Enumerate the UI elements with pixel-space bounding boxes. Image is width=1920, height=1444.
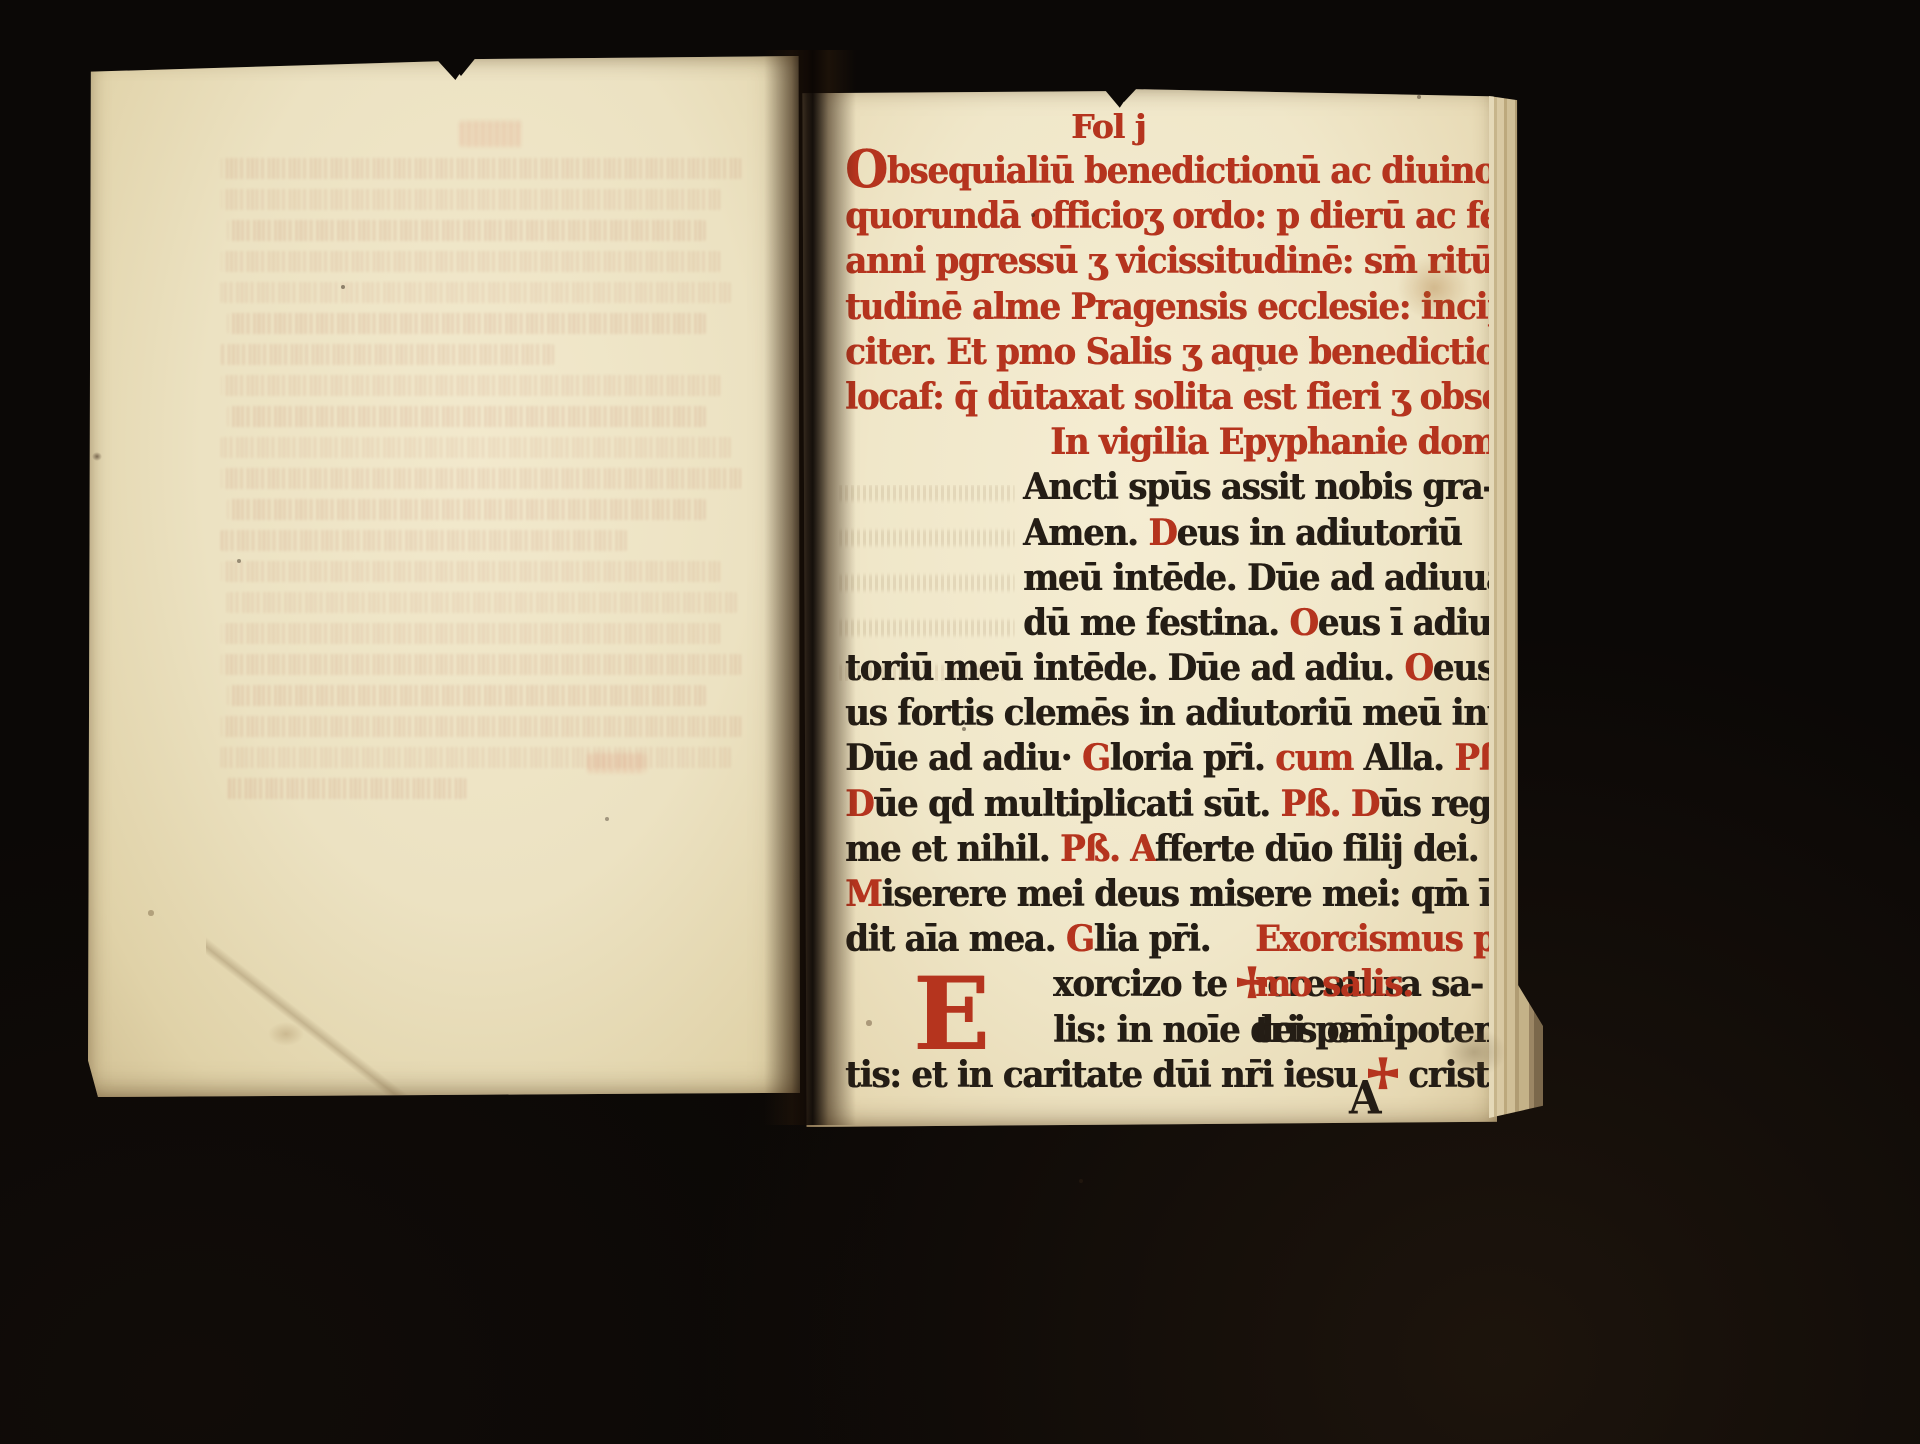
text-segment: xorcizo te — [1053, 963, 1237, 1006]
showthrough-line — [221, 375, 720, 396]
text-line: toriū meū intēde. Dūe ad adiu. Oeus pi- — [845, 647, 1493, 695]
text-segment: mo salis. — [1255, 963, 1413, 1006]
text-segment: fferte dūo filij dei. — [1155, 828, 1489, 871]
text-segment: loria pr̄i. — [1110, 737, 1275, 780]
text-line: dū me festina. Oeus ī adiu — [845, 602, 1493, 650]
text-line: locaf: q̄ dūtaxat solita est fieri ʒ obs… — [845, 376, 1493, 424]
text-segment: eus ī adiu — [1318, 602, 1492, 645]
showthrough-line — [227, 592, 737, 613]
showthrough-line — [227, 685, 705, 706]
text-line: Dūe qd multiplicati sūt. Pß. Dūs regit — [845, 783, 1493, 831]
text-line: us fortis clemēs in adiutoriū meū intend… — [845, 692, 1493, 740]
text-segment: citer. Et pmo Salis ʒ aque benedictio co… — [845, 331, 1497, 374]
text-line: Dūe ad adiu· Gloria pr̄i. cum Alla. Pß. — [845, 737, 1493, 785]
text-segment: A — [1130, 828, 1155, 871]
book-photo: Fol j Obsequialiū benedictionū ac diuino… — [0, 0, 1920, 1444]
text-segment: D — [1148, 512, 1176, 555]
text-segment: O — [1404, 647, 1432, 690]
stain — [92, 452, 102, 461]
tear-notch-left — [444, 55, 478, 76]
text-segment: eus in adiutoriū — [1176, 512, 1461, 555]
text-line: citer. Et pmo Salis ʒ aque benedictio co… — [845, 331, 1493, 379]
showthrough-red-mark — [588, 753, 646, 773]
text-segment: G — [1082, 737, 1110, 780]
stain — [1442, 1028, 1506, 1076]
showthrough-line — [221, 189, 720, 210]
text-line: Miserere mei deus misere mei: qm̄ ī te ɔ… — [845, 873, 1493, 921]
text-segment: cum — [1275, 737, 1363, 780]
showthrough-line — [227, 406, 705, 427]
stain — [268, 1022, 304, 1046]
text-line: Amen. Deus in adiutoriū — [845, 512, 1493, 560]
showthrough-line — [221, 623, 720, 644]
signature-mark: A — [1349, 1071, 1382, 1125]
text-segment: us fortis clemēs in adiutoriū meū intend… — [845, 692, 1497, 735]
ink-specks — [0, 0, 2, 2]
showthrough-line — [221, 716, 741, 737]
text-line: quorundā officioʒ ordo: p dierū ac festo… — [845, 195, 1493, 243]
showthrough-text — [221, 158, 741, 809]
text-segment: Dūe ad adiu· — [845, 737, 1082, 780]
text-segment: Amen. — [1023, 512, 1148, 555]
text-segment: lia pr̄i. — [1094, 918, 1211, 961]
text-segment: eus pi- — [1433, 647, 1497, 690]
showthrough-line — [221, 158, 741, 179]
text-line: Ancti spūs assit nobis gra- — [845, 466, 1493, 514]
page-edge-stack — [1489, 96, 1543, 1118]
text-line: anni pgressū ʒ vicissitudinē: sm̄ ritū ʒ… — [845, 240, 1493, 288]
text-segment: O — [1289, 602, 1317, 645]
showthrough-line — [221, 530, 627, 551]
text-segment: ūe qd multiplicati sūt. — [873, 783, 1280, 826]
showthrough-line — [221, 468, 741, 489]
stain — [1398, 256, 1470, 320]
showthrough-line — [227, 499, 705, 520]
showthrough-folio-mark — [460, 121, 522, 147]
text-segment: dū me festina. — [1023, 602, 1289, 645]
text-segment: Pß. — [1280, 783, 1350, 826]
text-segment: meū intēde. Dūe ad adiuuā — [1023, 557, 1497, 600]
text-segment: Exorcismus pri- — [1255, 918, 1497, 961]
text-segment: D — [1351, 783, 1379, 826]
text-segment: In vigilia Epyphanie domini. — [1050, 421, 1497, 464]
text-line: me et nihil. Pß. Afferte dūo filij dei. … — [845, 828, 1493, 876]
text-segment: me et nihil. — [845, 828, 1060, 871]
text-segment: bsequialiū benedictionū ac diuinoruʒ — [887, 150, 1497, 193]
showthrough-line — [227, 220, 705, 241]
text-segment: Pß. — [1060, 828, 1130, 871]
showthrough-line — [227, 313, 705, 334]
text-segment: Alla. — [1363, 737, 1454, 780]
text-segment: Ancti spūs assit nobis gra- — [1023, 466, 1495, 509]
folio-number: Fol j — [1071, 107, 1146, 146]
text-line: In vigilia Epyphanie domini. — [845, 421, 1493, 469]
showthrough-line — [221, 282, 731, 303]
showthrough-line — [221, 437, 731, 458]
text-segment: locaf: q̄ dūtaxat solita est fieri ʒ obs… — [845, 376, 1497, 419]
showthrough-line — [221, 251, 720, 272]
book-gutter-shadow — [764, 50, 856, 1125]
right-page: Fol j Obsequialiū benedictionū ac diuino… — [801, 87, 1497, 1127]
text-segment: iserere mei deus misere mei: qm̄ ī te ɔf… — [881, 873, 1497, 916]
text-line: tudinē alme Pragensis ecclesie: incipit … — [845, 286, 1493, 334]
left-page — [88, 55, 800, 1097]
page-crease — [206, 933, 446, 1097]
text-line: Obsequialiū benedictionū ac diuinoruʒ — [845, 150, 1493, 198]
text-segment: toriū meū intēde. Dūe ad adiu. — [845, 647, 1404, 690]
showthrough-line — [221, 654, 741, 675]
text-segment: ūs regit — [1379, 783, 1497, 826]
text-segment: quorundā officioʒ ordo: p dierū ac festo… — [845, 195, 1497, 238]
showthrough-line — [227, 778, 466, 799]
showthrough-line — [221, 561, 720, 582]
tear-notch-right — [1110, 87, 1138, 102]
showthrough-line — [221, 747, 731, 768]
ornate-initial-E: E — [913, 971, 1009, 1063]
showthrough-line — [221, 344, 554, 365]
text-segment: G — [1066, 918, 1094, 961]
text-line: meū intēde. Dūe ad adiuuā — [845, 557, 1493, 605]
